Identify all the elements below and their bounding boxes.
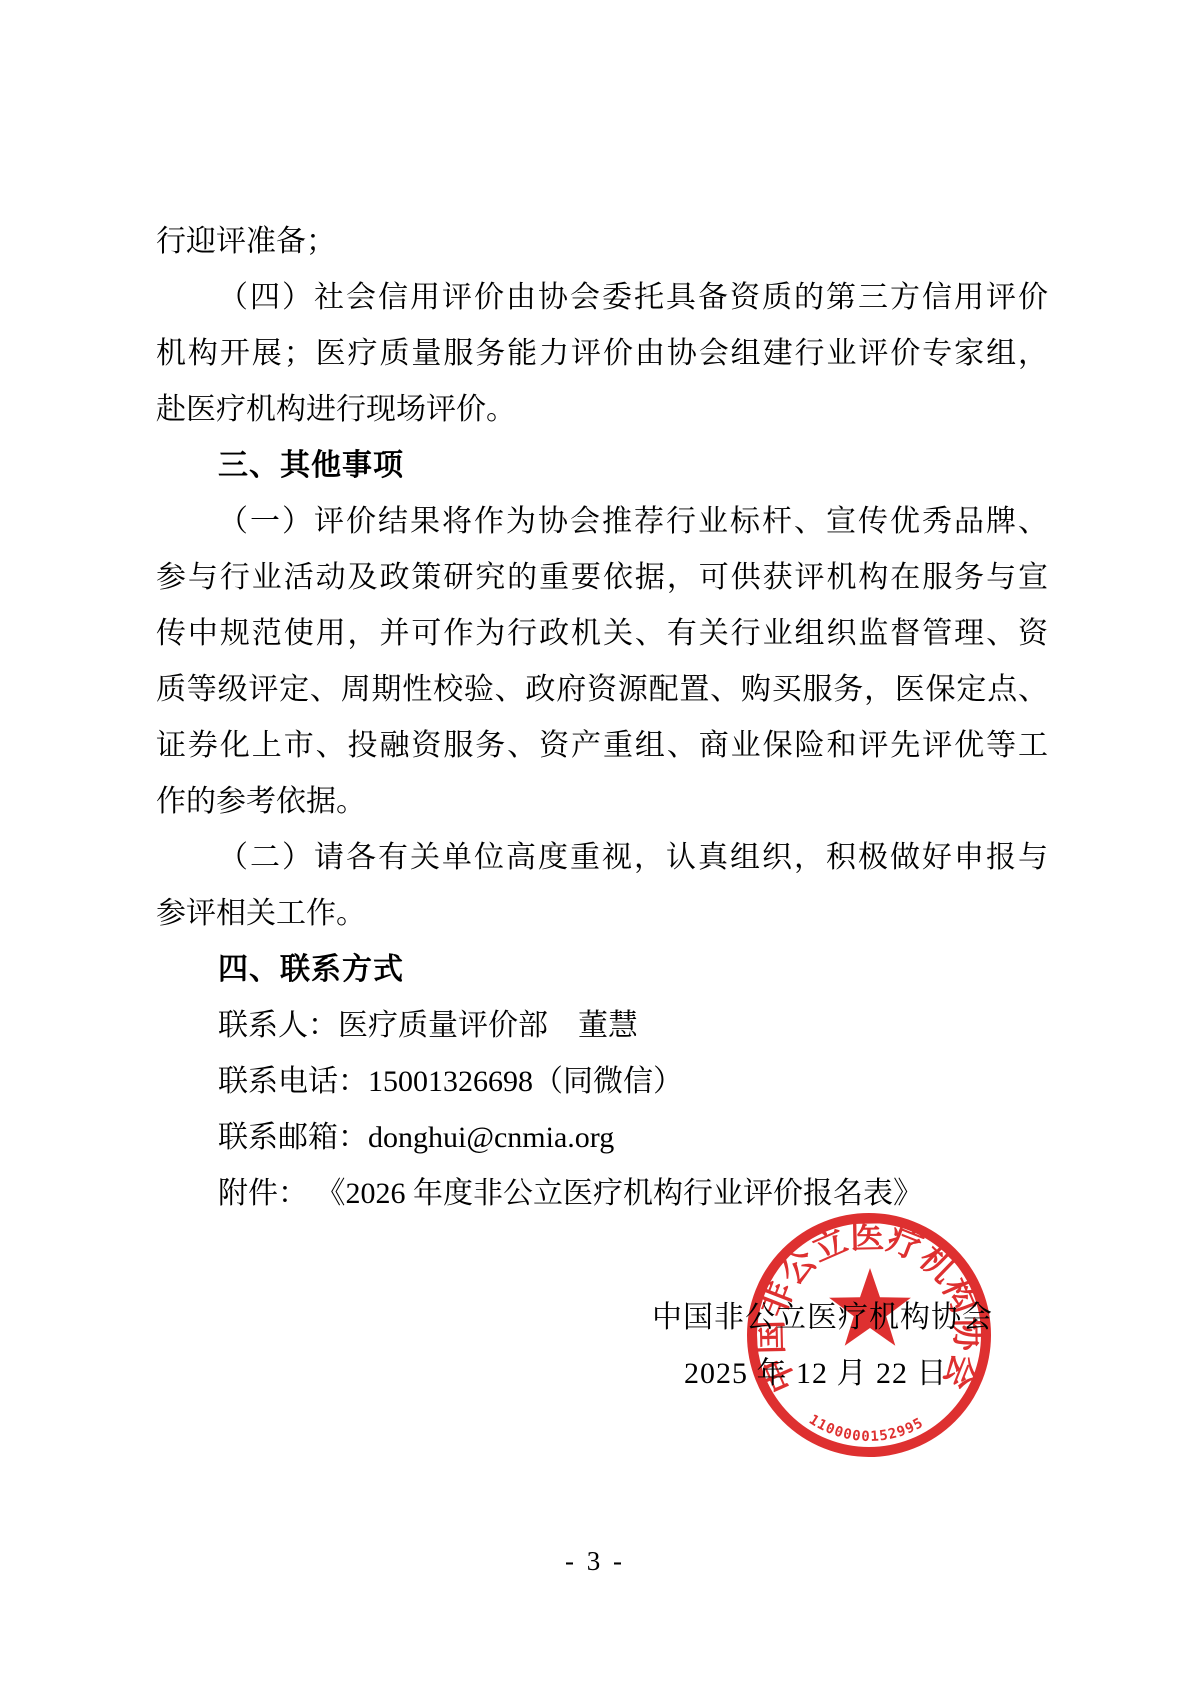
body-line: 参与行业活动及政策研究的重要依据，可供获评机构在服务与宣	[156, 550, 1048, 606]
signature-organization: 中国非公立医疗机构协会	[652, 1292, 993, 1336]
attachment-line: 附件： 《2026 年度非公立医疗机构行业评价报名表》	[156, 1166, 1048, 1222]
contact-phone-line: 联系电话：15001326698（同微信）	[156, 1054, 1048, 1110]
body-line: 行迎评准备；	[156, 214, 1048, 270]
body-line: 赴医疗机构进行现场评价。	[156, 382, 1048, 438]
body-line: 作的参考依据。	[156, 774, 1048, 830]
section-heading-contact: 四、联系方式	[156, 942, 1048, 998]
document-page: 行迎评准备； （四）社会信用评价由协会委托具备资质的第三方信用评价 机构开展；医…	[0, 0, 1190, 1683]
contact-person-line: 联系人：医疗质量评价部 董慧	[156, 998, 1048, 1054]
body-line: 质等级评定、周期性校验、政府资源配置、购买服务，医保定点、	[156, 662, 1048, 718]
section-heading-other-matters: 三、其他事项	[156, 438, 1048, 494]
seal-number-text: 1100000152995	[806, 1412, 926, 1445]
body-line: 传中规范使用，并可作为行政机关、有关行业组织监督管理、资	[156, 606, 1048, 662]
contact-email-line: 联系邮箱：donghui@cnmia.org	[156, 1110, 1048, 1166]
body-line: （二）请各有关单位高度重视，认真组织，积极做好申报与	[156, 830, 1048, 886]
body-line: （四）社会信用评价由协会委托具备资质的第三方信用评价	[156, 270, 1048, 326]
body-line: （一）评价结果将作为协会推荐行业标杆、宣传优秀品牌、	[156, 494, 1048, 550]
page-number: - 3 -	[0, 1546, 1190, 1577]
signature-date: 2025 年 12 月 22 日	[684, 1348, 948, 1392]
body-line: 参评相关工作。	[156, 886, 1048, 942]
body-line: 机构开展；医疗质量服务能力评价由协会组建行业评价专家组，	[156, 326, 1048, 382]
body-line: 证券化上市、投融资服务、资产重组、商业保险和评先评优等工	[156, 718, 1048, 774]
document-body: 行迎评准备； （四）社会信用评价由协会委托具备资质的第三方信用评价 机构开展；医…	[156, 214, 1048, 1222]
